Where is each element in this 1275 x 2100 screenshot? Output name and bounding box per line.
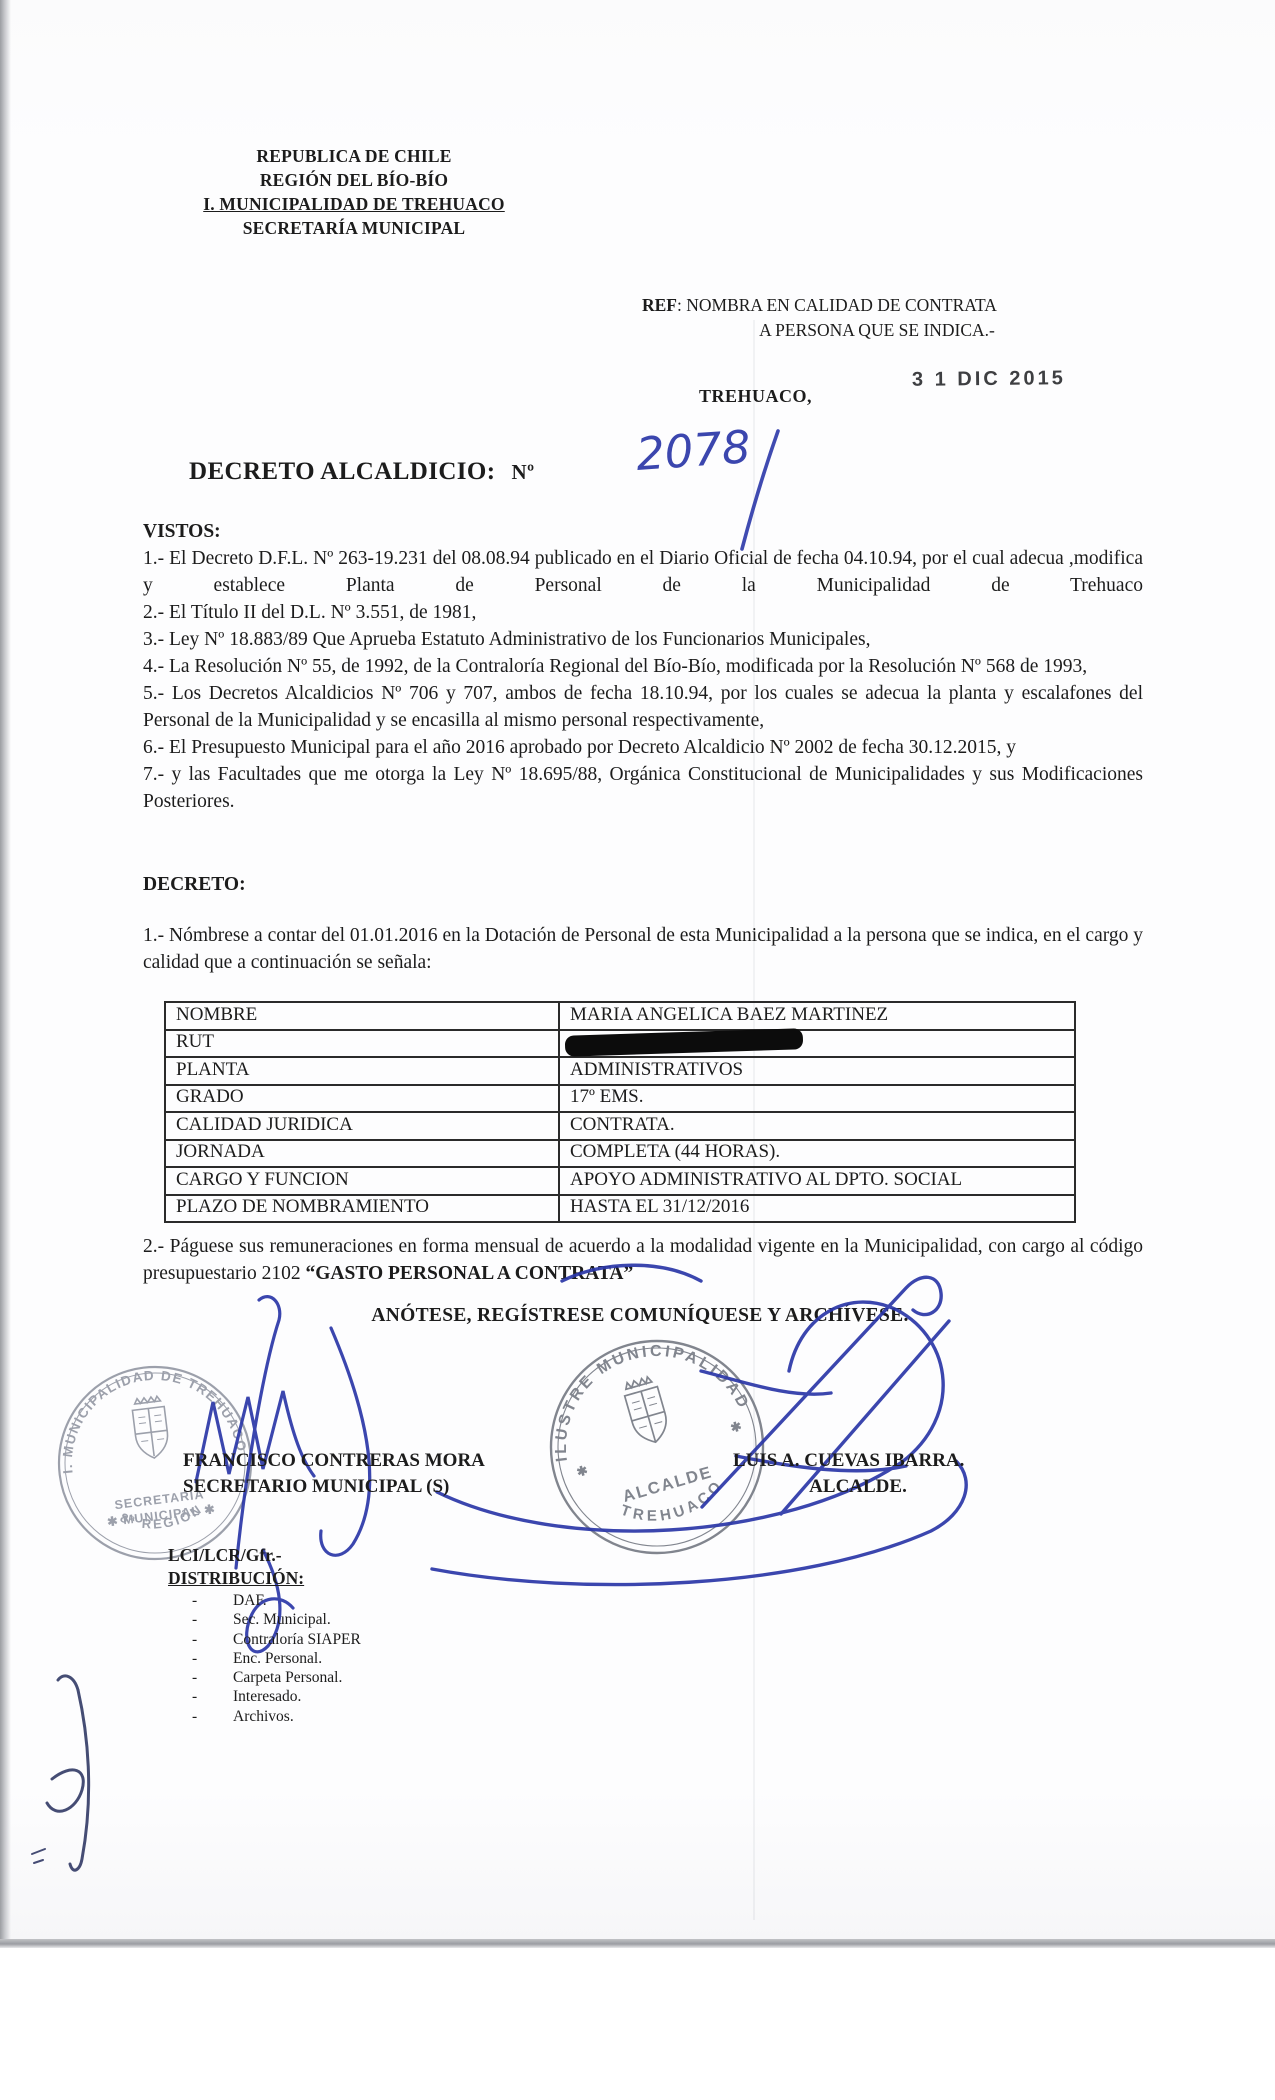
distribution-item: - DAF. (192, 1591, 361, 1610)
vistos-item: 2.- El Título II del D.L. Nº 3.551, de 1… (143, 599, 1143, 626)
ref-subject: : NOMBRA EN CALIDAD DE CONTRATA (677, 295, 997, 315)
vistos-item: 3.- Ley Nº 18.883/89 Que Aprueba Estatut… (143, 626, 1143, 653)
footer-initials: LCI/LCR/Gfr.- (168, 1545, 282, 1566)
mayor-name-block: LUIS A. CUEVAS IBARRA. ALCALDE. (733, 1448, 983, 1499)
table-row: CARGO Y FUNCION APOYO ADMINISTRATIVO AL … (165, 1167, 1075, 1195)
table-row-value: HASTA EL 31/12/2016 (559, 1195, 1075, 1223)
table-row-value: 17º EMS. (559, 1085, 1075, 1113)
distribution-item-label: Sec. Municipal. (233, 1610, 331, 1629)
handwritten-decree-number: 2078 (635, 424, 752, 477)
vistos-heading: VISTOS: (143, 521, 221, 543)
ref-line2: A PERSONA QUE SE INDICA.- (642, 318, 1112, 343)
decreto-heading: DECRETO: (143, 874, 246, 896)
distribution-item: - Contraloría SIAPER (192, 1630, 361, 1649)
dash-bullet: - (192, 1649, 233, 1668)
letterhead-country: REPUBLICA DE CHILE (170, 144, 538, 168)
table-row: GRADO 17º EMS. (165, 1085, 1075, 1113)
table-row-label: PLAZO DE NOMBRAMIENTO (165, 1195, 559, 1223)
table-row-label: PLANTA (165, 1057, 559, 1085)
dash-bullet: - (192, 1687, 233, 1706)
ref-label: REF (642, 295, 677, 315)
table-row-value: CONTRATA. (559, 1112, 1075, 1140)
table-row-value (559, 1030, 1075, 1058)
vistos-item: 1.- El Decreto D.F.L. Nº 263-19.231 del … (143, 545, 1143, 599)
distribution-item-label: Carpeta Personal. (233, 1668, 342, 1687)
dash-bullet: - (192, 1610, 233, 1629)
vistos-item: 4.- La Resolución Nº 55, de 1992, de la … (143, 653, 1143, 680)
table-row-label: CALIDAD JURIDICA (165, 1112, 559, 1140)
table-row-label: NOMBRE (165, 1002, 559, 1030)
vistos-item: 6.- El Presupuesto Municipal para el año… (143, 734, 1143, 761)
ref-line1: REF: NOMBRA EN CALIDAD DE CONTRATA (642, 293, 1112, 318)
distribution-item-label: DAF. (233, 1591, 267, 1610)
table-row: CALIDAD JURIDICA CONTRATA. (165, 1112, 1075, 1140)
letterhead-office: SECRETARÍA MUNICIPAL (170, 216, 538, 240)
dash-bullet: - (192, 1591, 233, 1610)
table-row: RUT (165, 1030, 1075, 1058)
appointment-table: NOMBRE MARIA ANGELICA BAEZ MARTINEZ RUT … (164, 1001, 1076, 1223)
distribution-heading: DISTRIBUCIÓN: (168, 1568, 304, 1589)
distribution-item: - Archivos. (192, 1707, 361, 1726)
table-row-label: GRADO (165, 1085, 559, 1113)
table-row: PLAZO DE NOMBRAMIENTO HASTA EL 31/12/201… (165, 1195, 1075, 1223)
secretary-name-block: FRANCISCO CONTRERAS MORA SECRETARIO MUNI… (183, 1448, 485, 1499)
distribution-item: - Interesado. (192, 1687, 361, 1706)
mayor-title: ALCALDE. (733, 1474, 983, 1500)
secretary-name: FRANCISCO CONTRERAS MORA (183, 1448, 485, 1474)
ref-block: REF: NOMBRA EN CALIDAD DE CONTRATA A PER… (642, 293, 1112, 343)
distribution-item-label: Contraloría SIAPER (233, 1630, 361, 1649)
letterhead: REPUBLICA DE CHILE REGIÓN DEL BÍO-BÍO I.… (170, 144, 538, 240)
table-row-value: APOYO ADMINISTRATIVO AL DPTO. SOCIAL (559, 1167, 1075, 1195)
place-line: TREHUACO, (699, 386, 812, 407)
letterhead-region: REGIÓN DEL BÍO-BÍO (170, 168, 538, 192)
mayor-name: LUIS A. CUEVAS IBARRA. (733, 1448, 983, 1474)
vistos-item: 7.- y las Facultades que me otorga la Le… (143, 761, 1143, 815)
distribution-item-label: Interesado. (233, 1687, 301, 1706)
vistos-list: 1.- El Decreto D.F.L. Nº 263-19.231 del … (143, 545, 1143, 815)
table-row-label: RUT (165, 1030, 559, 1058)
date-stamp: 3 1 DIC 2015 (912, 367, 1066, 392)
table-row-value: MARIA ANGELICA BAEZ MARTINEZ (559, 1002, 1075, 1030)
decree-title-label: DECRETO ALCALDICIO: (189, 458, 496, 485)
decree-number-label: Nº (512, 460, 535, 484)
distribution-item-label: Archivos. (233, 1707, 294, 1726)
dash-bullet: - (192, 1630, 233, 1649)
paper-edge-bottom (0, 1939, 1275, 1948)
letterhead-municipality: I. MUNICIPALIDAD DE TREHUACO (170, 192, 538, 216)
distribution-item-label: Enc. Personal. (233, 1649, 322, 1668)
distribution-item: - Enc. Personal. (192, 1649, 361, 1668)
budget-code-bold: “GASTO PERSONAL A CONTRATA” (305, 1263, 633, 1284)
paragraph-2-text: 2.- Páguese sus remuneraciones en forma … (143, 1236, 1143, 1284)
table-row: NOMBRE MARIA ANGELICA BAEZ MARTINEZ (165, 1002, 1075, 1030)
distribution-item: - Sec. Municipal. (192, 1610, 361, 1629)
dash-bullet: - (192, 1668, 233, 1687)
distribution-list: - DAF. - Sec. Municipal. - Contraloría S… (192, 1591, 361, 1726)
table-row-value: COMPLETA (44 HORAS). (559, 1140, 1075, 1168)
secretary-title: SECRETARIO MUNICIPAL (S) (183, 1474, 485, 1500)
dash-bullet: - (192, 1707, 233, 1726)
table-row-label: CARGO Y FUNCION (165, 1167, 559, 1195)
table-row-value: ADMINISTRATIVOS (559, 1057, 1075, 1085)
vistos-item: 5.- Los Decretos Alcaldicios Nº 706 y 70… (143, 680, 1143, 734)
decree-paragraph-1: 1.- Nómbrese a contar del 01.01.2016 en … (143, 922, 1143, 976)
decree-paragraph-2: 2.- Páguese sus remuneraciones en forma … (143, 1233, 1143, 1287)
table-row-label: JORNADA (165, 1140, 559, 1168)
table-row: JORNADA COMPLETA (44 HORAS). (165, 1140, 1075, 1168)
closing-formula: ANÓTESE, REGÍSTRESE COMUNÍQUESE Y ARCHÍV… (150, 1305, 1130, 1327)
table-row: PLANTA ADMINISTRATIVOS (165, 1057, 1075, 1085)
distribution-item: - Carpeta Personal. (192, 1668, 361, 1687)
decree-title: DECRETO ALCALDICIO:Nº (189, 458, 534, 486)
paper-edge-left (0, 0, 11, 1946)
scanned-decree-page: REPUBLICA DE CHILE REGIÓN DEL BÍO-BÍO I.… (0, 0, 1275, 2100)
